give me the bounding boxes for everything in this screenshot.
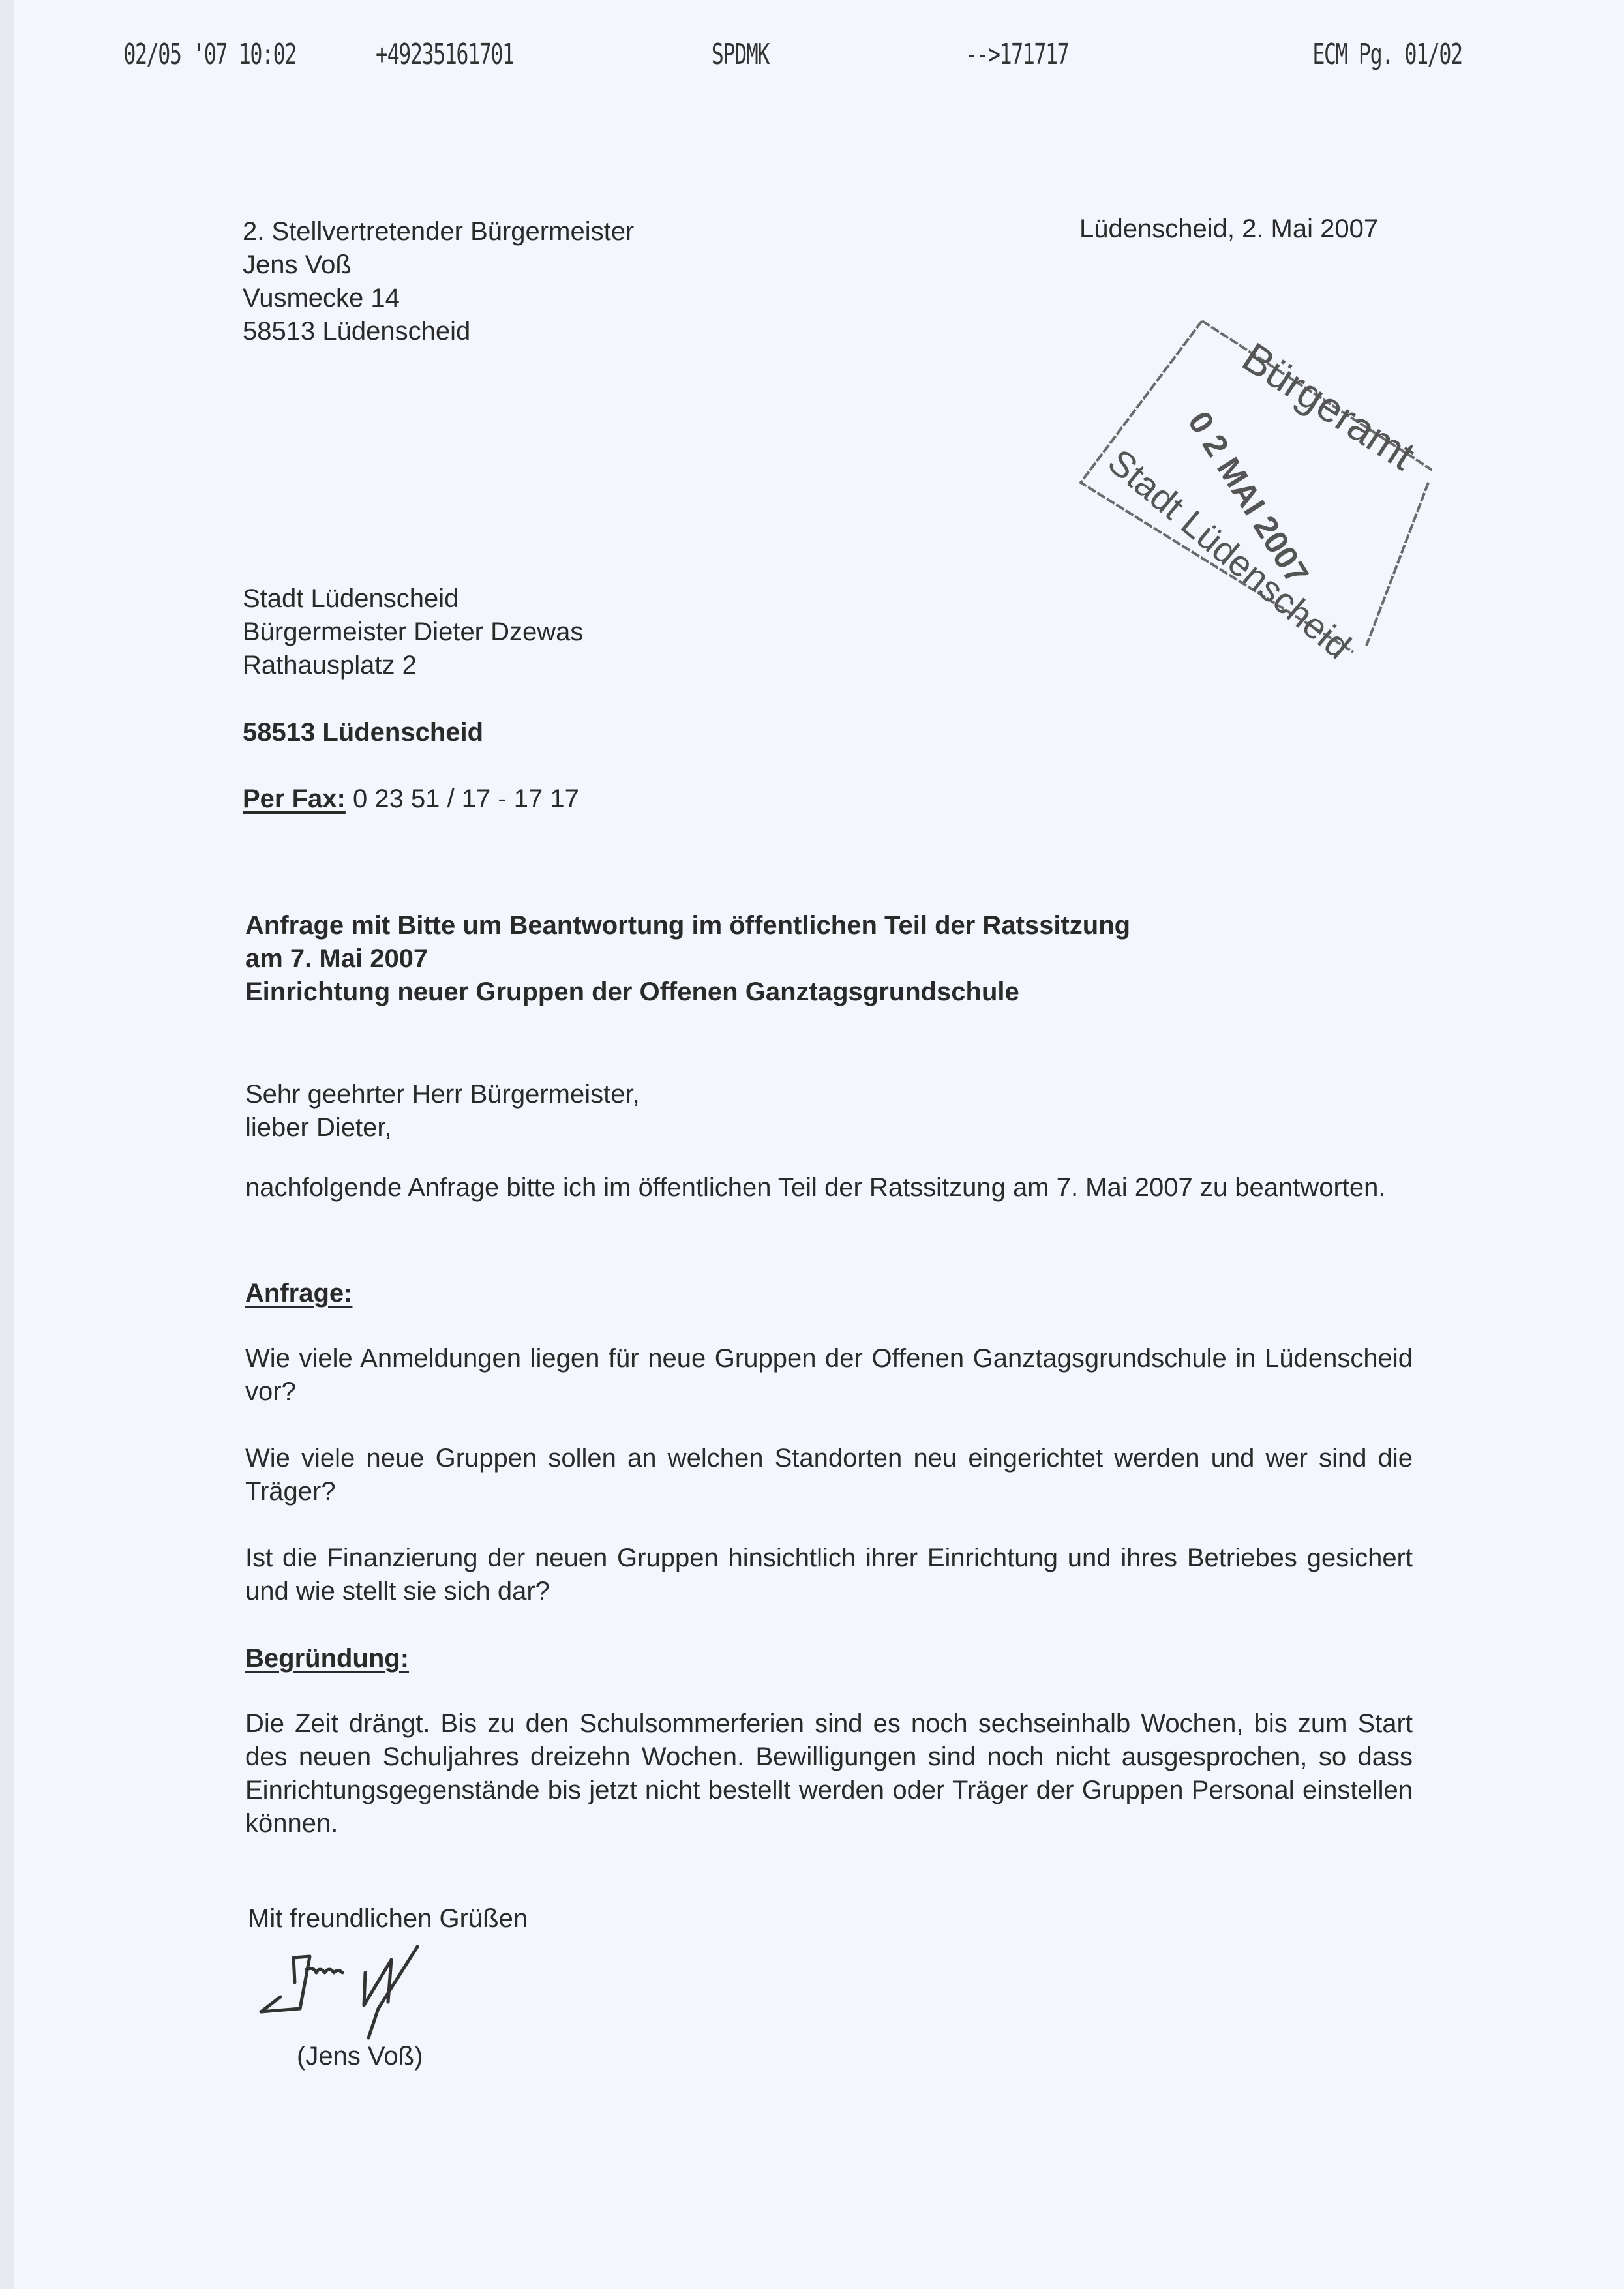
question-2: Wie viele neue Gruppen sollen an welchen…	[245, 1442, 1413, 1508]
recipient-name: Bürgermeister Dieter Dzewas	[243, 616, 583, 648]
begruendung-heading: Begründung:	[245, 1642, 409, 1675]
sender-title: 2. Stellvertretender Bürgermeister	[243, 215, 634, 248]
signature-name: (Jens Voß)	[297, 2040, 423, 2072]
intro-paragraph: nachfolgende Anfrage bitte ich im öffent…	[245, 1171, 1413, 1204]
sender-name: Jens Voß	[243, 248, 352, 281]
subject-line-2: am 7. Mai 2007	[245, 942, 428, 975]
salutation-2: lieber Dieter,	[245, 1111, 392, 1144]
subject-line-1: Anfrage mit Bitte um Beantwortung im öff…	[245, 909, 1130, 942]
received-stamp: Bürgeramt 0 2 MAI 2007 Stadt Lüdenscheid	[1079, 320, 1432, 659]
fax-number: 0 23 51 / 17 - 17 17	[346, 785, 579, 813]
sender-street: Vusmecke 14	[243, 282, 400, 314]
fax-label: Per Fax:	[243, 785, 346, 813]
subject-line-3: Einrichtung neuer Gruppen der Offenen Ga…	[245, 976, 1019, 1008]
question-1: Wie viele Anmeldungen liegen für neue Gr…	[245, 1342, 1413, 1409]
fax-date-time: 02/05 '07 10:02	[123, 38, 295, 71]
salutation-1: Sehr geehrter Herr Bürgermeister,	[245, 1078, 640, 1111]
begruendung-paragraph: Die Zeit drängt. Bis zu den Schulsommerf…	[245, 1707, 1413, 1840]
anfrage-heading: Anfrage:	[245, 1277, 352, 1309]
recipient-org: Stadt Lüdenscheid	[243, 582, 459, 615]
fax-page-info: ECM Pg. 01/02	[1312, 38, 1462, 71]
sender-city: 58513 Lüdenscheid	[243, 315, 470, 348]
fax-sender-number: +49235161701	[376, 38, 514, 71]
letter-date: Lüdenscheid, 2. Mai 2007	[1079, 213, 1378, 245]
fax-sender-id: SPDMK	[712, 38, 769, 71]
handwritten-signature	[254, 1943, 476, 2048]
closing: Mit freundlichen Grüßen	[248, 1902, 528, 1935]
fax-destination: -->171717	[965, 38, 1069, 71]
stamp-office: Bürgeramt	[1234, 333, 1423, 479]
question-3: Ist die Finanzierung der neuen Gruppen h…	[245, 1542, 1413, 1608]
recipient-city: 58513 Lüdenscheid	[243, 716, 483, 749]
fax-line: Per Fax: 0 23 51 / 17 - 17 17	[243, 783, 579, 815]
scan-edge	[0, 0, 14, 2289]
fax-transmission-header: 02/05 '07 10:02 +49235161701 SPDMK -->17…	[0, 38, 1169, 77]
recipient-street: Rathausplatz 2	[243, 649, 417, 681]
